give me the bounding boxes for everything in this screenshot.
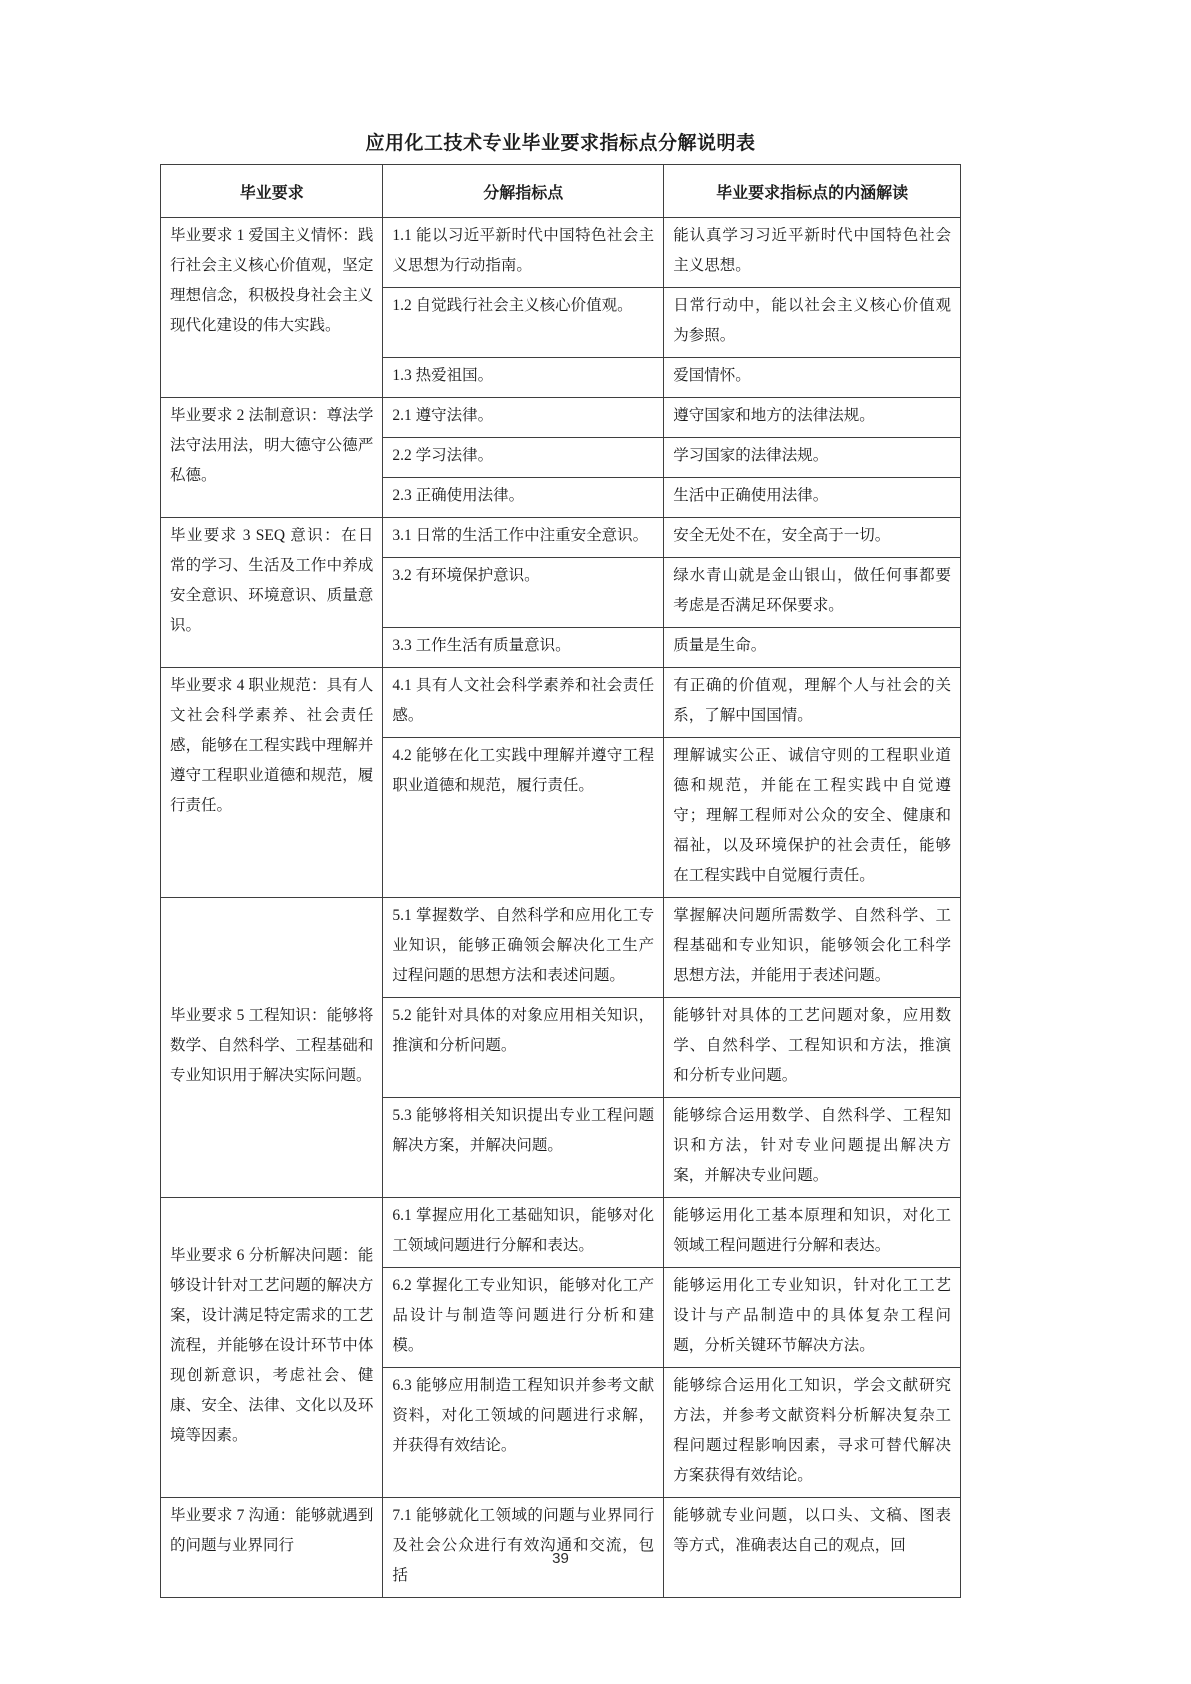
indicator-cell: 1.2 自觉践行社会主义核心价值观。: [383, 288, 664, 358]
header-interpretation: 毕业要求指标点的内涵解读: [664, 165, 961, 218]
requirement-cell: 毕业要求 2 法制意识：尊法学法守法用法，明大德守公德严私德。: [161, 398, 383, 518]
requirement-cell: 毕业要求 1 爱国主义情怀：践行社会主义核心价值观，坚定理想信念，积极投身社会主…: [161, 218, 383, 398]
requirements-table: 毕业要求 分解指标点 毕业要求指标点的内涵解读 毕业要求 1 爱国主义情怀：践行…: [160, 164, 961, 1598]
requirement-cell: 毕业要求 6 分析解决问题：能够设计针对工艺问题的解决方案，设计满足特定需求的工…: [161, 1198, 383, 1498]
indicator-cell: 3.1 日常的生活工作中注重安全意识。: [383, 518, 664, 558]
indicator-cell: 3.2 有环境保护意识。: [383, 558, 664, 628]
interpretation-cell: 爱国情怀。: [664, 358, 961, 398]
requirement-cell: 毕业要求 4 职业规范：具有人文社会科学素养、社会责任感，能够在工程实践中理解并…: [161, 668, 383, 898]
interpretation-cell: 绿水青山就是金山银山，做任何事都要考虑是否满足环保要求。: [664, 558, 961, 628]
page-number: 39: [160, 1550, 961, 1567]
document-page: 应用化工技术专业毕业要求指标点分解说明表 毕业要求 分解指标点 毕业要求指标点的…: [0, 0, 1191, 1684]
table-row: 毕业要求 6 分析解决问题：能够设计针对工艺问题的解决方案，设计满足特定需求的工…: [161, 1198, 961, 1268]
indicator-cell: 5.2 能针对具体的对象应用相关知识，推演和分析问题。: [383, 998, 664, 1098]
interpretation-cell: 能认真学习习近平新时代中国特色社会主义思想。: [664, 218, 961, 288]
table-header-row: 毕业要求 分解指标点 毕业要求指标点的内涵解读: [161, 165, 961, 218]
indicator-cell: 2.2 学习法律。: [383, 438, 664, 478]
interpretation-cell: 能够综合运用数学、自然科学、工程知识和方法，针对专业问题提出解决方案，并解决专业…: [664, 1098, 961, 1198]
table-row: 毕业要求 1 爱国主义情怀：践行社会主义核心价值观，坚定理想信念，积极投身社会主…: [161, 218, 961, 288]
indicator-cell: 5.1 掌握数学、自然科学和应用化工专业知识，能够正确领会解决化工生产过程问题的…: [383, 898, 664, 998]
interpretation-cell: 能够运用化工基本原理和知识，对化工领域工程问题进行分解和表达。: [664, 1198, 961, 1268]
interpretation-cell: 能够针对具体的工艺问题对象，应用数学、自然科学、工程知识和方法，推演和分析专业问…: [664, 998, 961, 1098]
indicator-cell: 7.1 能够就化工领域的问题与业界同行及社会公众进行有效沟通和交流，包括: [383, 1498, 664, 1598]
interpretation-cell: 日常行动中，能以社会主义核心价值观为参照。: [664, 288, 961, 358]
interpretation-cell: 遵守国家和地方的法律法规。: [664, 398, 961, 438]
requirement-cell: 毕业要求 5 工程知识：能够将数学、自然科学、工程基础和专业知识用于解决实际问题…: [161, 898, 383, 1198]
indicator-cell: 1.3 热爱祖国。: [383, 358, 664, 398]
interpretation-cell: 能够运用化工专业知识，针对化工工艺设计与产品制造中的具体复杂工程问题，分析关键环…: [664, 1268, 961, 1368]
interpretation-cell: 有正确的价值观，理解个人与社会的关系，了解中国国情。: [664, 668, 961, 738]
document-content: 应用化工技术专业毕业要求指标点分解说明表 毕业要求 分解指标点 毕业要求指标点的…: [160, 132, 961, 1598]
header-requirement: 毕业要求: [161, 165, 383, 218]
indicator-cell: 6.3 能够应用制造工程知识并参考文献资料，对化工领域的问题进行求解，并获得有效…: [383, 1368, 664, 1498]
table-row: 毕业要求 3 SEQ 意识：在日常的学习、生活及工作中养成安全意识、环境意识、质…: [161, 518, 961, 558]
indicator-cell: 6.2 掌握化工专业知识，能够对化工产品设计与制造等问题进行分析和建模。: [383, 1268, 664, 1368]
interpretation-cell: 生活中正确使用法律。: [664, 478, 961, 518]
table-row: 毕业要求 7 沟通：能够就遇到的问题与业界同行7.1 能够就化工领域的问题与业界…: [161, 1498, 961, 1598]
interpretation-cell: 质量是生命。: [664, 628, 961, 668]
indicator-cell: 4.2 能够在化工实践中理解并遵守工程职业道德和规范，履行责任。: [383, 738, 664, 898]
table-body: 毕业要求 1 爱国主义情怀：践行社会主义核心价值观，坚定理想信念，积极投身社会主…: [161, 218, 961, 1598]
interpretation-cell: 安全无处不在，安全高于一切。: [664, 518, 961, 558]
indicator-cell: 5.3 能够将相关知识提出专业工程问题解决方案，并解决问题。: [383, 1098, 664, 1198]
indicator-cell: 2.1 遵守法律。: [383, 398, 664, 438]
table-row: 毕业要求 2 法制意识：尊法学法守法用法，明大德守公德严私德。2.1 遵守法律。…: [161, 398, 961, 438]
page-title: 应用化工技术专业毕业要求指标点分解说明表: [160, 132, 961, 156]
interpretation-cell: 理解诚实公正、诚信守则的工程职业道德和规范，并能在工程实践中自觉遵守；理解工程师…: [664, 738, 961, 898]
indicator-cell: 3.3 工作生活有质量意识。: [383, 628, 664, 668]
interpretation-cell: 学习国家的法律法规。: [664, 438, 961, 478]
indicator-cell: 1.1 能以习近平新时代中国特色社会主义思想为行动指南。: [383, 218, 664, 288]
interpretation-cell: 能够综合运用化工知识，学会文献研究方法，并参考文献资料分析解决复杂工程问题过程影…: [664, 1368, 961, 1498]
header-indicator: 分解指标点: [383, 165, 664, 218]
indicator-cell: 6.1 掌握应用化工基础知识，能够对化工领域问题进行分解和表达。: [383, 1198, 664, 1268]
table-row: 毕业要求 5 工程知识：能够将数学、自然科学、工程基础和专业知识用于解决实际问题…: [161, 898, 961, 998]
interpretation-cell: 掌握解决问题所需数学、自然科学、工程基础和专业知识，能够领会化工科学思想方法，并…: [664, 898, 961, 998]
interpretation-cell: 能够就专业问题，以口头、文稿、图表等方式，准确表达自己的观点，回: [664, 1498, 961, 1598]
requirement-cell: 毕业要求 7 沟通：能够就遇到的问题与业界同行: [161, 1498, 383, 1598]
indicator-cell: 4.1 具有人文社会科学素养和社会责任感。: [383, 668, 664, 738]
requirement-cell: 毕业要求 3 SEQ 意识：在日常的学习、生活及工作中养成安全意识、环境意识、质…: [161, 518, 383, 668]
indicator-cell: 2.3 正确使用法律。: [383, 478, 664, 518]
table-row: 毕业要求 4 职业规范：具有人文社会科学素养、社会责任感，能够在工程实践中理解并…: [161, 668, 961, 738]
